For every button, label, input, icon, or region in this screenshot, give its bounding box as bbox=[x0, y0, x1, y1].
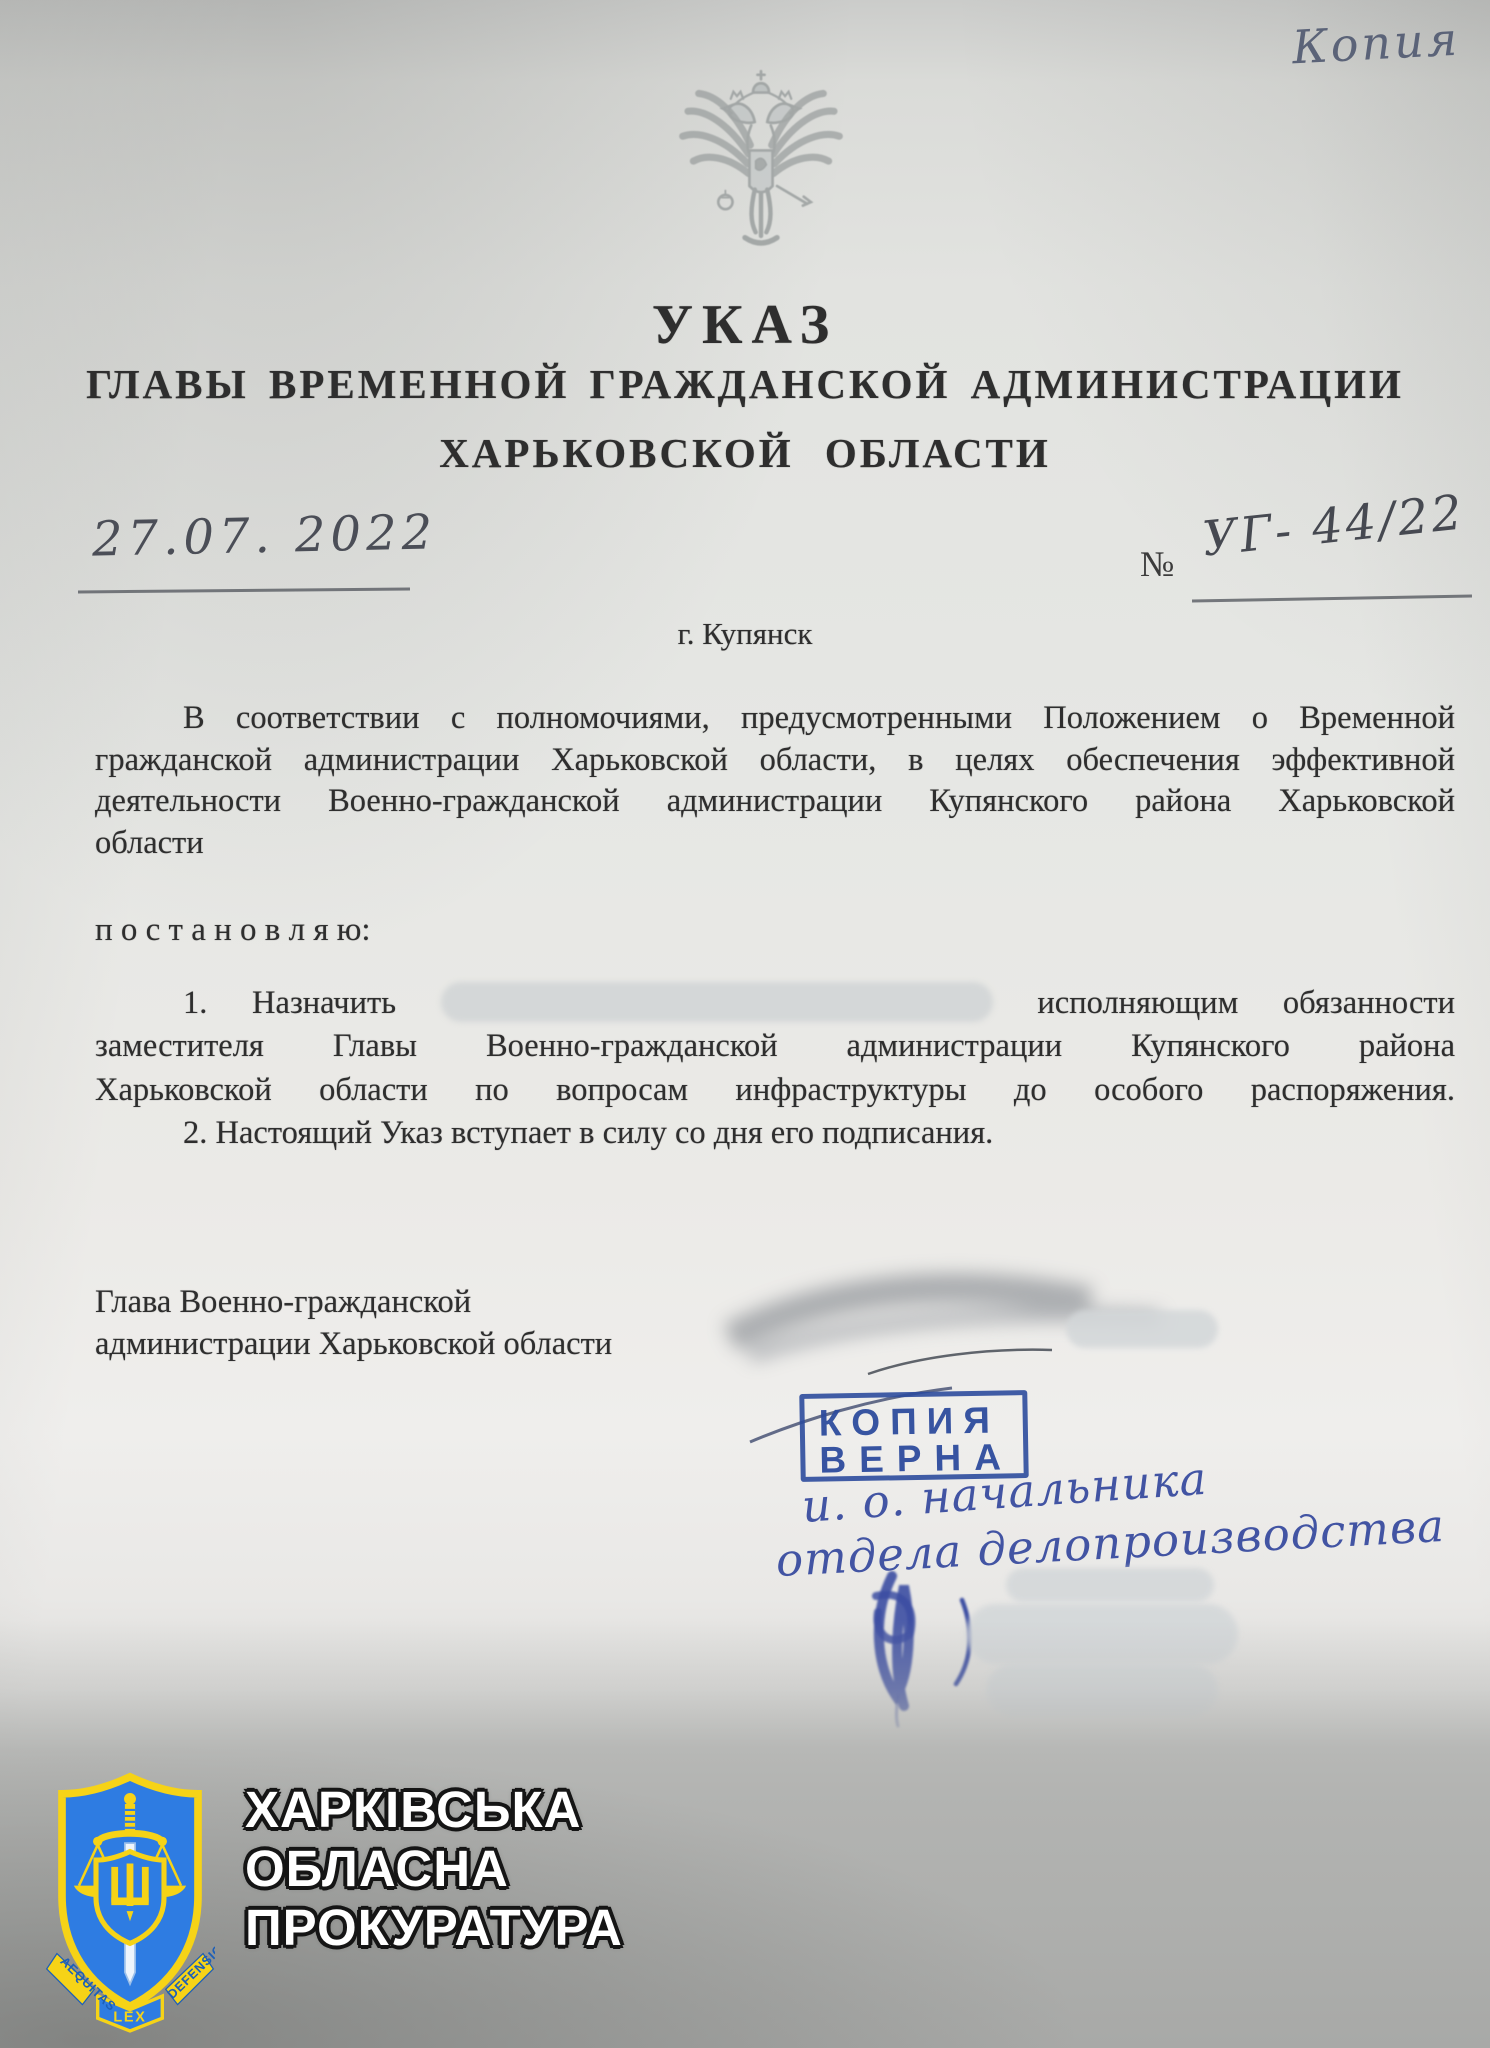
item-1-line-1: 1. Назначить исполняющим обязанности bbox=[95, 982, 1455, 1025]
signature-block: Глава Военно-гражданской администрации Х… bbox=[95, 1281, 612, 1365]
document-photo: Копия bbox=[0, 0, 1490, 2048]
preamble-line: гражданской администрации Харьковской об… bbox=[95, 740, 1455, 782]
kharkiv-prosecutor-emblem-icon: AEQUITAS DEFENSIO LEX bbox=[45, 1770, 215, 2042]
date-underline bbox=[78, 588, 410, 594]
number-underline bbox=[1192, 595, 1472, 603]
preamble-line: деятельности Военно-гражданской админист… bbox=[95, 781, 1455, 823]
item-2: 2. Настоящий Указ вступает в силу со дня… bbox=[95, 1112, 1455, 1155]
item-1-line-2: заместителя Главы Военно-гражданской адм… bbox=[95, 1025, 1455, 1068]
redaction-blur bbox=[1066, 1310, 1218, 1348]
stamp-line-1: КОПИЯ bbox=[818, 1401, 1023, 1442]
resolution-word: п о с т а н о в л я ю: bbox=[95, 912, 371, 949]
org-name-line-3: ПРОКУРАТУРА bbox=[245, 1898, 623, 1957]
redaction-blur bbox=[966, 1604, 1238, 1664]
handwritten-copy-note: Копия bbox=[1291, 12, 1462, 75]
preamble-line: В соответствии с полномочиями, предусмот… bbox=[95, 698, 1455, 740]
preamble-line: области bbox=[95, 823, 1455, 865]
decree-items: 1. Назначить исполняющим обязанности зам… bbox=[95, 982, 1455, 1156]
place-line: г. Купянск bbox=[0, 616, 1490, 652]
handwritten-number: УГ- 44/22 bbox=[1200, 484, 1468, 567]
handwritten-date: 27.07. 2022 bbox=[91, 504, 437, 567]
org-name-line-2: ОБЛАСНА bbox=[245, 1839, 623, 1898]
russia-coat-of-arms-eagle-icon bbox=[672, 66, 850, 258]
prosecutor-office-name: ХАРКІВСЬКА ОБЛАСНА ПРОКУРАТУРА bbox=[245, 1780, 623, 1957]
ribbon-text-center: LEX bbox=[113, 2010, 146, 2026]
signer-title-line-1: Глава Военно-гражданской bbox=[95, 1281, 612, 1323]
org-name-line-1: ХАРКІВСЬКА bbox=[245, 1780, 623, 1839]
number-label: № bbox=[1140, 543, 1174, 585]
pen-stroke bbox=[860, 1332, 1060, 1382]
preamble-paragraph: В соответствии с полномочиями, предусмот… bbox=[95, 698, 1455, 864]
redacted-name-blur bbox=[441, 982, 993, 1022]
signer-title-line-2: администрации Харьковской области bbox=[95, 1323, 612, 1365]
document-title: УКАЗ bbox=[0, 293, 1490, 357]
issuer-line-1: ГЛАВЫ ВРЕМЕННОЙ ГРАЖДАНСКОЙ АДМИНИСТРАЦИ… bbox=[0, 360, 1490, 408]
item-1-continuation: исполняющим обязанности bbox=[1037, 985, 1455, 1021]
photo-shadow-band bbox=[0, 1620, 1490, 2048]
item-1-prefix: 1. Назначить bbox=[183, 985, 396, 1021]
item-1-line-3: Харьковской области по вопросам инфрастр… bbox=[95, 1069, 1455, 1112]
redaction-blur bbox=[986, 1664, 1218, 1716]
redaction-blur bbox=[1006, 1568, 1214, 1602]
issuer-line-2: ХАРЬКОВСКОЙ ОБЛАСТИ bbox=[0, 429, 1490, 477]
